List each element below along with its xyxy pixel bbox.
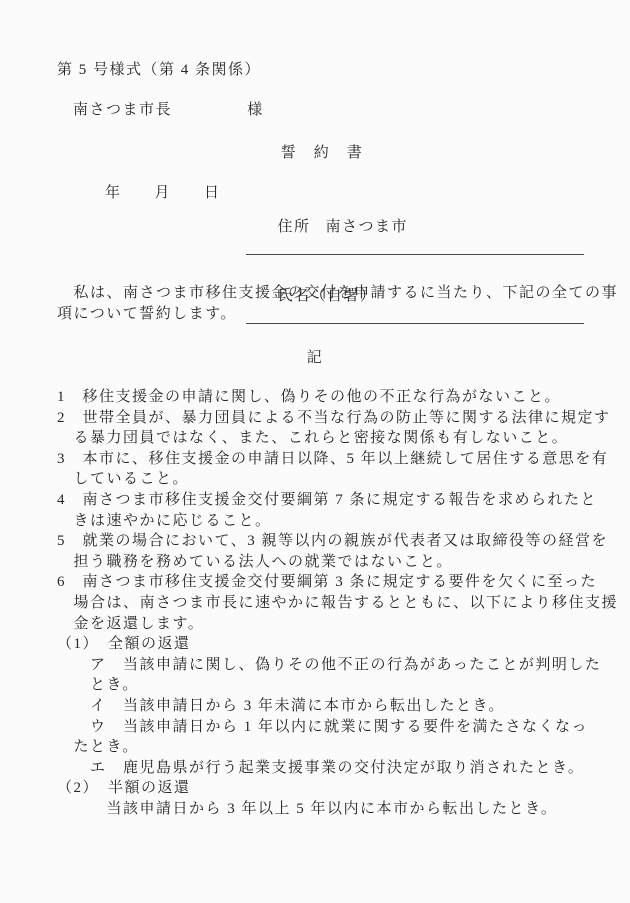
clause-line: 担う職務を務めている法人への就業ではないこと。 xyxy=(57,552,630,573)
address-label: 住所 xyxy=(278,219,311,235)
clause-line: ア 当該申請に関し、偽りその他不正の行為があったことが判明した xyxy=(57,655,630,676)
pledge-document-page: 第 5 号様式（第 4 条関係） 南さつま市長 様 誓 約 書 年 月 日 住所… xyxy=(0,0,630,903)
form-number: 第 5 号様式（第 4 条関係） xyxy=(57,60,261,80)
document-title: 誓 約 書 xyxy=(0,143,630,163)
addressee-line: 南さつま市長 様 xyxy=(73,100,264,120)
address-value: 南さつま市 xyxy=(311,219,409,235)
clause-line: きは速やかに応じること。 xyxy=(57,511,630,532)
clause-line: イ 当該申請日から 3 年未満に本市から転出したとき。 xyxy=(57,696,630,717)
preamble: 私は、南さつま市移住支援金の交付を申請するに当たり、下記の全ての事 項について誓… xyxy=(57,283,623,325)
clause-line: 2 世帯全員が、暴力団員による不当な行為の防止等に関する法律に規定す xyxy=(57,408,630,429)
clause-line: る暴力団員ではなく、また、これらと密接な関係も有しないこと。 xyxy=(57,428,630,449)
clause-line: 3 本市に、移住支援金の申請日以降、5 年以上継続して居住する意思を有 xyxy=(57,449,630,470)
preamble-line: 私は、南さつま市移住支援金の交付を申請するに当たり、下記の全ての事 xyxy=(57,283,623,304)
clause-line: 5 就業の場合において、3 親等以内の親族が代表者又は取締役等の経営を xyxy=(57,531,630,552)
clause-line: 4 南さつま市移住支援金交付要綱第 7 条に規定する報告を求められたと xyxy=(57,490,630,511)
clause-line: たとき。 xyxy=(57,737,630,758)
clause-line: （2） 半額の返還 xyxy=(57,778,630,799)
clause-line: 1 移住支援金の申請に関し、偽りその他の不正な行為がないこと。 xyxy=(57,387,630,408)
clause-line: 金を返還します。 xyxy=(57,614,630,635)
clause-line: 当該申請日から 3 年以上 5 年以内に本市から転出したとき。 xyxy=(57,799,630,820)
clause-line: とき。 xyxy=(57,675,630,696)
preamble-line: 項について誓約します。 xyxy=(57,304,623,325)
section-marker: 記 xyxy=(0,348,630,368)
address-field-line: 住所南さつま市 xyxy=(246,203,584,255)
date-blank-line: 年 月 日 xyxy=(105,183,221,203)
addressee-honorific: 様 xyxy=(247,102,264,118)
clause-line: 場合は、南さつま市長に速やかに報告するとともに、以下により移住支援 xyxy=(57,593,630,614)
clause-line: エ 鹿児島県が行う起業支援事業の交付決定が取り消されたとき。 xyxy=(57,758,630,779)
clause-list: 1 移住支援金の申請に関し、偽りその他の不正な行為がないこと。 2 世帯全員が、… xyxy=(57,387,630,819)
clause-line: ウ 当該申請日から 1 年以内に就業に関する要件を満たさなくなっ xyxy=(57,717,630,738)
addressee-name: 南さつま市長 xyxy=(73,102,172,118)
clause-line: していること。 xyxy=(57,469,630,490)
clause-line: 6 南さつま市移住支援金交付要綱第 3 条に規定する要件を欠くに至った xyxy=(57,572,630,593)
clause-line: （1） 全額の返還 xyxy=(57,634,630,655)
